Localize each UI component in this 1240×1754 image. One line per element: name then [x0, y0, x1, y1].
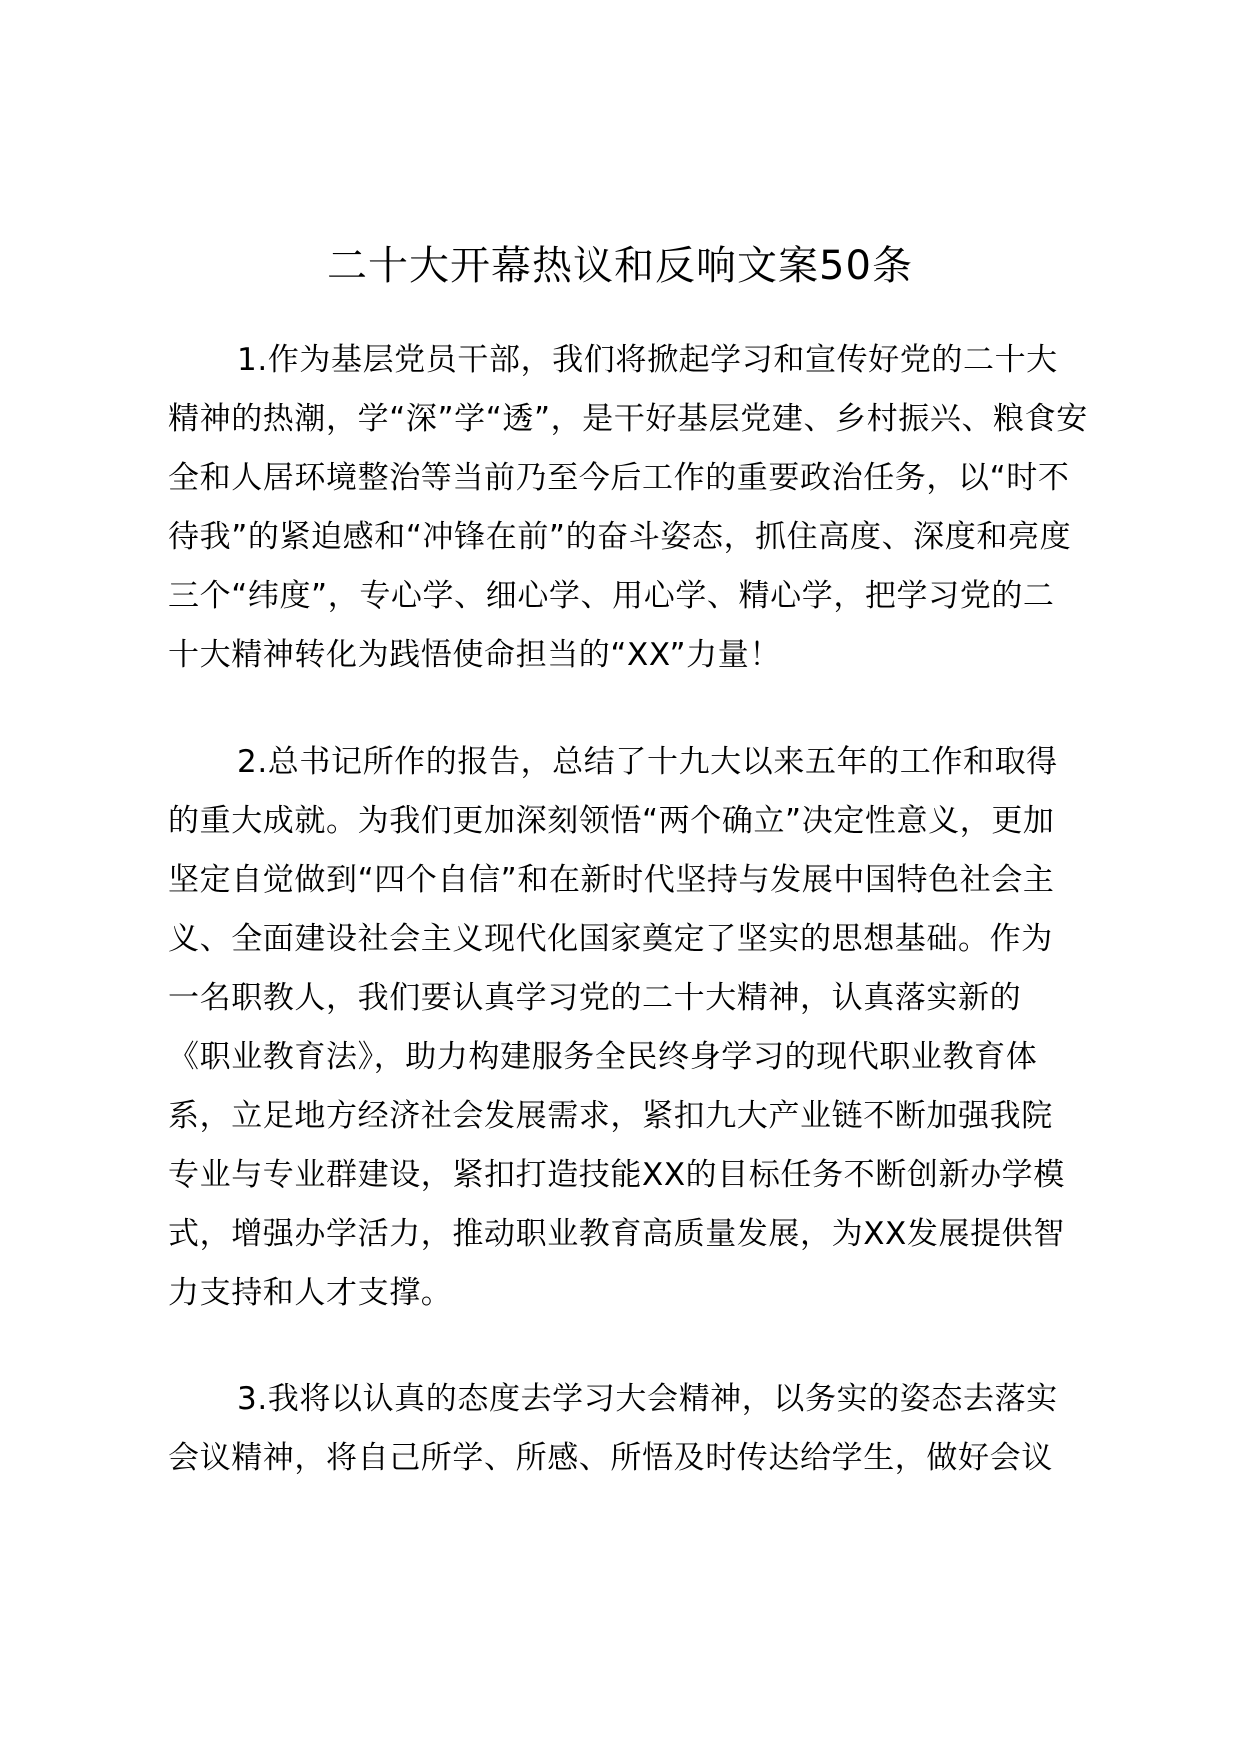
- paragraph-line: 待我”的紧迫感和“冲锋在前”的奋斗姿态，抓住高度、深度和亮度: [168, 508, 1108, 567]
- paragraph-line: 义、全面建设社会主义现代化国家奠定了坚实的思想基础。作为: [168, 910, 1108, 969]
- paragraph-1: 1.作为基层党员干部，我们将掀起学习和宣传好党的二十大 精神的热潮，学“深”学“…: [168, 331, 1108, 685]
- paragraph-line: 坚定自觉做到“四个自信”和在新时代坚持与发展中国特色社会主: [168, 851, 1108, 910]
- paragraph-line: 力支持和人才支撑。: [168, 1264, 1108, 1323]
- paragraph-line: 2.总书记所作的报告，总结了十九大以来五年的工作和取得: [168, 733, 1108, 792]
- paragraph-line: 十大精神转化为践悟使命担当的“XX”力量！: [168, 626, 1108, 685]
- paragraph-line: 系，立足地方经济社会发展需求，紧扣九大产业链不断加强我院: [168, 1087, 1108, 1146]
- paragraph-line: 《职业教育法》，助力构建服务全民终身学习的现代职业教育体: [168, 1028, 1108, 1087]
- paragraph-line: 式，增强办学活力，推动职业教育高质量发展，为XX发展提供智: [168, 1205, 1108, 1264]
- paragraph-line: 三个“纬度”，专心学、细心学、用心学、精心学，把学习党的二: [168, 567, 1108, 626]
- paragraph-line: 3.我将以认真的态度去学习大会精神，以务实的姿态去落实: [168, 1370, 1108, 1429]
- paragraph-line: 全和人居环境整治等当前乃至今后工作的重要政治任务，以“时不: [168, 449, 1108, 508]
- paragraph-line: 1.作为基层党员干部，我们将掀起学习和宣传好党的二十大: [168, 331, 1108, 390]
- document-page: 二十大开幕热议和反响文案50条 1.作为基层党员干部，我们将掀起学习和宣传好党的…: [0, 0, 1240, 1754]
- paragraph-2: 2.总书记所作的报告，总结了十九大以来五年的工作和取得 的重大成就。为我们更加深…: [168, 733, 1108, 1323]
- paragraph-line: 会议精神，将自己所学、所感、所悟及时传达给学生，做好会议: [168, 1429, 1108, 1488]
- paragraph-line: 的重大成就。为我们更加深刻领悟“两个确立”决定性意义，更加: [168, 792, 1108, 851]
- paragraph-line: 一名职教人，我们要认真学习党的二十大精神，认真落实新的: [168, 969, 1108, 1028]
- paragraph-line: 精神的热潮，学“深”学“透”，是干好基层党建、乡村振兴、粮食安: [168, 390, 1108, 449]
- paragraph-line: 专业与专业群建设，紧扣打造技能XX的目标任务不断创新办学模: [168, 1146, 1108, 1205]
- paragraph-3: 3.我将以认真的态度去学习大会精神，以务实的姿态去落实 会议精神，将自己所学、所…: [168, 1370, 1108, 1488]
- document-title: 二十大开幕热议和反响文案50条: [0, 238, 1240, 294]
